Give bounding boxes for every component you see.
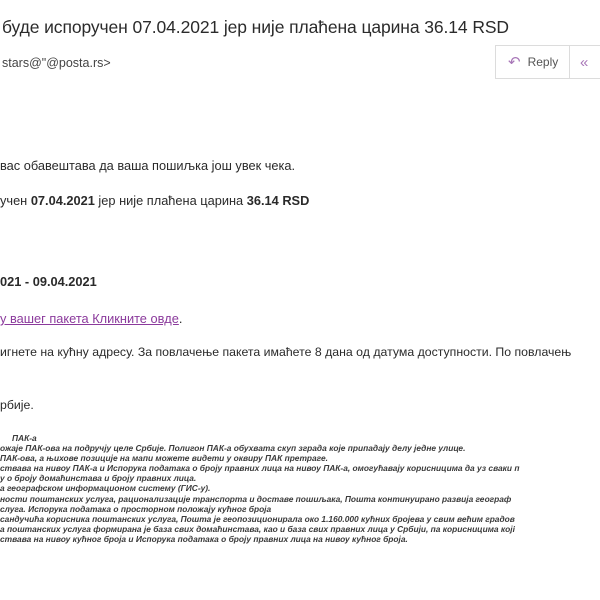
footer-line: сандучића корисника поштанских услуга, П… <box>0 514 519 524</box>
footer-line: ствава на нивоу кућног броја и Испорука … <box>0 534 519 544</box>
body-line-customs: учен 07.04.2021 јер није плаћена царина … <box>0 193 309 208</box>
reply-label: Reply <box>528 55 559 69</box>
link-suffix: . <box>179 311 183 326</box>
sender-address: stars@"@posta.rs> <box>2 56 111 70</box>
message-actions: ↶ Reply « <box>495 45 600 79</box>
body-line-link: у вашег пакета Кликните овде. <box>0 311 182 326</box>
footer-line: слуга. Испорука података о просторном по… <box>0 504 519 514</box>
body-line-notice: вас обавештава да ваша пошиљка још увек … <box>0 158 295 173</box>
footer-line: ПАК-а <box>12 433 519 443</box>
reply-button[interactable]: ↶ Reply <box>496 46 569 78</box>
footer-line: а географском информационом систему (ГИС… <box>0 483 519 493</box>
footer-line: ности поштанских услуга, рационализације… <box>0 494 519 504</box>
footer-line: ствава на нивоу ПАК-а и Испорука податак… <box>0 463 519 473</box>
reply-arrow-icon: ↶ <box>508 55 521 70</box>
click-here-link[interactable]: у вашег пакета Кликните овде <box>0 311 179 326</box>
footer-line: ожаје ПАК-ова на подручју целе Србије. П… <box>0 443 519 453</box>
delivery-date: 07.04.2021 <box>31 193 95 208</box>
footer-fine-print: ПАК-а ожаје ПАК-ова на подручју целе Срб… <box>0 433 519 544</box>
footer-line: у о броју домаћинстава и броју правних л… <box>0 473 519 483</box>
customs-prefix: учен <box>0 193 31 208</box>
customs-middle: јер није плаћена царина <box>95 193 247 208</box>
date-range: 021 - 09.04.2021 <box>0 274 97 289</box>
email-subject: буде испоручен 07.04.2021 јер није плаће… <box>2 17 509 38</box>
reply-all-button[interactable]: « <box>569 46 600 78</box>
reply-all-icon: « <box>580 55 588 70</box>
body-line-signature: рбије. <box>0 398 34 412</box>
footer-line: ПАК-ова, а њихове позиције на мапи может… <box>0 453 519 463</box>
footer-line: а поштанских услуга формирана је база св… <box>0 524 519 534</box>
body-line-pickup: игнете на кућну адресу. За повлачење пак… <box>0 345 571 359</box>
customs-amount: 36.14 RSD <box>247 193 310 208</box>
